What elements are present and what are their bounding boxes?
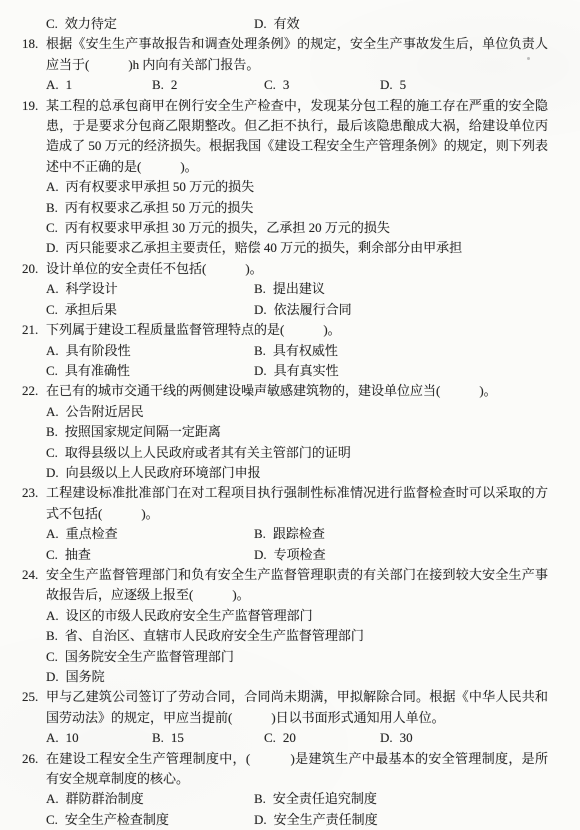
option-text: 公告附近居民 [66, 404, 144, 419]
option-label: D. [254, 547, 267, 562]
option-label: C. [46, 445, 58, 460]
options-group: A.公告附近居民B.按照国家规定间隔一定距离C.取得县级以上人民政府或者其有关主… [46, 402, 548, 484]
option-label: D. [380, 730, 393, 745]
question-number: 21. [22, 320, 46, 381]
option-A: A.公告附近居民 [46, 402, 548, 422]
option-label: D. [46, 465, 59, 480]
question-body: 根据《安生生产事故报告和调查处理条例》的规定，安全生产事故发生后，单位负责人应当… [46, 34, 548, 95]
option-label: D. [46, 240, 59, 255]
option-label: B. [254, 791, 266, 806]
question-17-options-remnant: C.效力待定D.有效 [22, 14, 548, 34]
option-C: C.承担后果 [46, 300, 254, 320]
question-body: 设计单位的安全责任不包括( )。A.科学设计B.提出建议C.承担后果D.依法履行… [46, 259, 548, 320]
option-D: D.专项检查 [254, 545, 548, 565]
option-A: A.重点检查 [46, 524, 254, 544]
question-number: 26. [22, 749, 46, 830]
question-26: 26.在建设工程安全生产管理制度中，( )是建筑生产中最基本的安全管理制度，是所… [22, 749, 548, 830]
option-D: D.安全生产责任制度 [254, 810, 548, 830]
option-label: B. [254, 526, 266, 541]
option-text: 丙有权要求甲承担 30 万元的损失，乙承担 20 万元的损失 [65, 220, 390, 235]
option-D: D.国务院 [46, 667, 548, 687]
option-label: B. [254, 281, 266, 296]
option-label: C. [264, 730, 276, 745]
option-label: A. [46, 608, 59, 623]
option-text: 1 [66, 77, 73, 92]
option-text: 30 [400, 730, 413, 745]
option-A: A.10 [46, 728, 152, 748]
question-number: 24. [22, 565, 46, 687]
question-23: 23.工程建设标准批准部门在对工程项目执行强制性标准情况进行监督检查时可以采取的… [22, 483, 548, 565]
option-B: B.丙有权要求乙承担 50 万元的损失 [46, 198, 548, 218]
option-text: 国务院 [66, 669, 105, 684]
question-number [22, 14, 46, 34]
option-text: 重点检查 [66, 526, 118, 541]
question-text: 甲与乙建筑公司签订了劳动合同，合同尚未期满，甲拟解除合同。根据《中华人民共和国劳… [46, 687, 548, 728]
option-label: B. [152, 77, 164, 92]
options-group: A.设区的市级人民政府安全生产监督管理部门B.省、自治区、直辖市人民政府安全生产… [46, 606, 548, 688]
option-D: D.具有真实性 [254, 361, 548, 381]
question-body: 甲与乙建筑公司签订了劳动合同，合同尚未期满，甲拟解除合同。根据《中华人民共和国劳… [46, 687, 548, 748]
question-number: 22. [22, 381, 46, 483]
option-B: B.15 [152, 728, 264, 748]
option-text: 专项检查 [274, 547, 326, 562]
option-label: C. [46, 547, 58, 562]
option-text: 15 [171, 730, 184, 745]
option-B: B.按照国家规定间隔一定距离 [46, 422, 548, 442]
question-22: 22.在已有的城市交通干线的两侧建设噪声敏感建筑物的，建设单位应当( )。A.公… [22, 381, 548, 483]
option-B: B.2 [152, 75, 264, 95]
question-body: 工程建设标准批准部门在对工程项目执行强制性标准情况进行监督检查时可以采取的方式不… [46, 483, 548, 565]
option-text: 具有阶段性 [66, 343, 131, 358]
option-D: D.5 [380, 75, 548, 95]
option-D: D.30 [380, 728, 548, 748]
option-text: 设区的市级人民政府安全生产监督管理部门 [66, 608, 313, 623]
option-C: C.3 [264, 75, 380, 95]
question-body: 某工程的总承包商甲在例行安全生产检查中，发现某分包工程的施工存在严重的安全隐患，… [46, 96, 548, 259]
option-text: 有效 [274, 16, 300, 31]
option-text: 安全生产检查制度 [65, 812, 169, 827]
option-label: C. [264, 77, 276, 92]
option-label: B. [46, 200, 58, 215]
option-text: 2 [171, 77, 178, 92]
option-text: 提出建议 [273, 281, 325, 296]
option-C: C.安全生产检查制度 [46, 810, 254, 830]
question-number: 18. [22, 34, 46, 95]
question-text: 根据《安生生产事故报告和调查处理条例》的规定，安全生产事故发生后，单位负责人应当… [46, 34, 548, 75]
question-text: 下列属于建设工程质量监督管理特点的是( )。 [46, 320, 548, 340]
option-label: C. [46, 220, 58, 235]
option-label: A. [46, 791, 59, 806]
question-text: 工程建设标准批准部门在对工程项目执行强制性标准情况进行监督检查时可以采取的方式不… [46, 483, 548, 524]
option-text: 10 [66, 730, 79, 745]
option-text: 丙只能要求乙承担主要责任，赔偿 40 万元的损失，剩余部分由甲承担 [66, 240, 463, 255]
option-text: 安全生产责任制度 [274, 812, 378, 827]
option-label: A. [46, 179, 59, 194]
option-label: C. [46, 649, 58, 664]
question-25: 25.甲与乙建筑公司签订了劳动合同，合同尚未期满，甲拟解除合同。根据《中华人民共… [22, 687, 548, 748]
option-C: C.具有准确性 [46, 361, 254, 381]
question-number: 23. [22, 483, 46, 565]
options-group: A.群防群治制度B.安全责任追究制度C.安全生产检查制度D.安全生产责任制度 [46, 789, 548, 830]
options-group: A.10B.15C.20D.30 [46, 728, 548, 748]
option-C: C.20 [264, 728, 380, 748]
option-label: A. [46, 281, 59, 296]
option-text: 具有真实性 [274, 363, 339, 378]
option-B: B.安全责任追究制度 [254, 789, 548, 809]
option-text: 3 [283, 77, 290, 92]
option-text: 具有权威性 [273, 343, 338, 358]
options-group: A.具有阶段性B.具有权威性C.具有准确性D.具有真实性 [46, 341, 548, 382]
question-24: 24.安全生产监督管理部门和负有安全生产监督管理职责的有关部门在接到较大安全生产… [22, 565, 548, 687]
option-text: 20 [283, 730, 296, 745]
question-body: 在建设工程安全生产管理制度中，( )是建筑生产中最基本的安全管理制度，是所有安全… [46, 749, 548, 830]
option-label: A. [46, 404, 59, 419]
option-text: 国务院安全生产监督管理部门 [65, 649, 234, 664]
option-A: A.设区的市级人民政府安全生产监督管理部门 [46, 606, 548, 626]
option-A: A.具有阶段性 [46, 341, 254, 361]
option-text: 按照国家规定间隔一定距离 [65, 424, 221, 439]
scan-artifact-dot [527, 57, 530, 60]
question-20: 20.设计单位的安全责任不包括( )。A.科学设计B.提出建议C.承担后果D.依… [22, 259, 548, 320]
option-B: B.具有权威性 [254, 341, 548, 361]
question-text: 在已有的城市交通干线的两侧建设噪声敏感建筑物的，建设单位应当( )。 [46, 381, 548, 401]
option-C: C.抽查 [46, 545, 254, 565]
option-D: D.向县级以上人民政府环境部门申报 [46, 463, 548, 483]
option-text: 抽查 [65, 547, 91, 562]
option-text: 省、自治区、直辖市人民政府安全生产监督管理部门 [65, 628, 364, 643]
question-text: 设计单位的安全责任不包括( )。 [46, 259, 548, 279]
question-19: 19.某工程的总承包商甲在例行安全生产检查中，发现某分包工程的施工存在严重的安全… [22, 96, 548, 259]
option-label: D. [46, 669, 59, 684]
question-body: 安全生产监督管理部门和负有安全生产监督管理职责的有关部门在接到较大安全生产事故报… [46, 565, 548, 687]
question-number: 20. [22, 259, 46, 320]
option-B: B.跟踪检查 [254, 524, 548, 544]
option-label: A. [46, 77, 59, 92]
option-label: A. [46, 730, 59, 745]
option-text: 丙有权要求乙承担 50 万元的损失 [65, 200, 254, 215]
option-text: 丙有权要求甲承担 50 万元的损失 [66, 179, 255, 194]
question-text: 在建设工程安全生产管理制度中，( )是建筑生产中最基本的安全管理制度，是所有安全… [46, 749, 548, 790]
option-label: D. [254, 302, 267, 317]
option-text: 依法履行合同 [274, 302, 352, 317]
option-B: B.省、自治区、直辖市人民政府安全生产监督管理部门 [46, 626, 548, 646]
options-group: A.1B.2C.3D.5 [46, 75, 548, 95]
option-text: 取得县级以上人民政府或者其有关主管部门的证明 [65, 445, 351, 460]
option-B: B.提出建议 [254, 279, 548, 299]
option-A: A.1 [46, 75, 152, 95]
option-text: 效力待定 [65, 16, 117, 31]
question-body: C.效力待定D.有效 [46, 14, 548, 34]
option-label: A. [46, 343, 59, 358]
option-label: C. [46, 302, 58, 317]
option-D: D.丙只能要求乙承担主要责任，赔偿 40 万元的损失，剩余部分由甲承担 [46, 238, 548, 258]
option-label: A. [46, 526, 59, 541]
option-label: C. [46, 363, 58, 378]
options-group: C.效力待定D.有效 [46, 14, 548, 34]
option-C: C.取得县级以上人民政府或者其有关主管部门的证明 [46, 443, 548, 463]
question-text: 某工程的总承包商甲在例行安全生产检查中，发现某分包工程的施工存在严重的安全隐患，… [46, 96, 548, 178]
option-C: C.丙有权要求甲承担 30 万元的损失，乙承担 20 万元的损失 [46, 218, 548, 238]
option-label: C. [46, 812, 58, 827]
option-label: D. [254, 363, 267, 378]
option-label: D. [254, 16, 267, 31]
option-C: C.效力待定 [46, 14, 254, 34]
option-text: 向县级以上人民政府环境部门申报 [66, 465, 261, 480]
question-21: 21.下列属于建设工程质量监督管理特点的是( )。A.具有阶段性B.具有权威性C… [22, 320, 548, 381]
question-number: 25. [22, 687, 46, 748]
option-D: D.依法履行合同 [254, 300, 548, 320]
question-body: 下列属于建设工程质量监督管理特点的是( )。A.具有阶段性B.具有权威性C.具有… [46, 320, 548, 381]
option-C: C.国务院安全生产监督管理部门 [46, 647, 548, 667]
option-label: D. [380, 77, 393, 92]
options-group: A.重点检查B.跟踪检查C.抽查D.专项检查 [46, 524, 548, 565]
option-label: B. [254, 343, 266, 358]
question-list: C.效力待定D.有效18.根据《安生生产事故报告和调查处理条例》的规定，安全生产… [0, 0, 580, 830]
option-label: C. [46, 16, 58, 31]
option-D: D.有效 [254, 14, 548, 34]
option-A: A.丙有权要求甲承担 50 万元的损失 [46, 177, 548, 197]
option-text: 5 [400, 77, 407, 92]
option-text: 跟踪检查 [273, 526, 325, 541]
option-label: B. [46, 424, 58, 439]
option-label: B. [46, 628, 58, 643]
question-18: 18.根据《安生生产事故报告和调查处理条例》的规定，安全生产事故发生后，单位负责… [22, 34, 548, 95]
question-text: 安全生产监督管理部门和负有安全生产监督管理职责的有关部门在接到较大安全生产事故报… [46, 565, 548, 606]
option-A: A.科学设计 [46, 279, 254, 299]
option-label: B. [152, 730, 164, 745]
options-group: A.丙有权要求甲承担 50 万元的损失B.丙有权要求乙承担 50 万元的损失C.… [46, 177, 548, 259]
option-text: 具有准确性 [65, 363, 130, 378]
option-label: D. [254, 812, 267, 827]
option-text: 科学设计 [66, 281, 118, 296]
options-group: A.科学设计B.提出建议C.承担后果D.依法履行合同 [46, 279, 548, 320]
option-text: 安全责任追究制度 [273, 791, 377, 806]
question-body: 在已有的城市交通干线的两侧建设噪声敏感建筑物的，建设单位应当( )。A.公告附近… [46, 381, 548, 483]
option-text: 群防群治制度 [66, 791, 144, 806]
question-number: 19. [22, 96, 46, 259]
scanned-exam-page: C.效力待定D.有效18.根据《安生生产事故报告和调查处理条例》的规定，安全生产… [0, 0, 580, 830]
option-text: 承担后果 [65, 302, 117, 317]
option-A: A.群防群治制度 [46, 789, 254, 809]
